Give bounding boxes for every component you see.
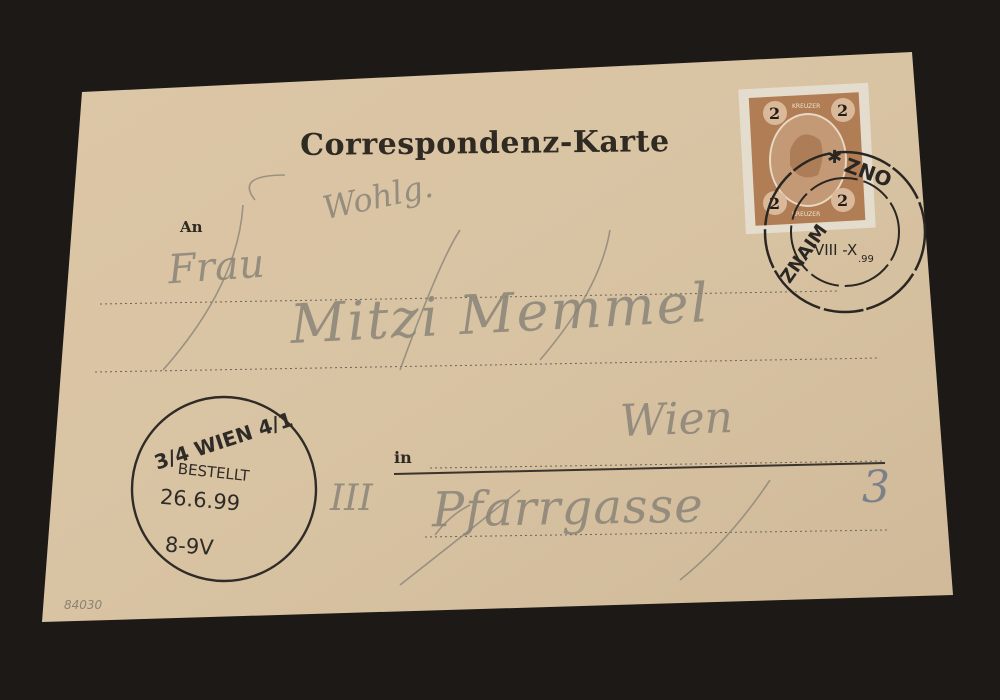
- stamp-value-tr: 2: [837, 101, 848, 120]
- handwriting-frau: Frau: [167, 241, 266, 294]
- origin-postmark-date: VIII -X: [814, 241, 857, 259]
- postcard-photo: 2 2 2 2 KREUZER KREUZER ✱ ZNO ZNAIM VIII…: [0, 0, 1000, 700]
- arrival-postmark-time: 8-9V: [164, 533, 215, 560]
- stamp-value-br: 2: [837, 191, 848, 210]
- handwriting-house-number: 3: [862, 462, 890, 513]
- city-label: in: [394, 448, 412, 467]
- stamp-value-tl: 2: [769, 104, 780, 123]
- handwriting-street: Pfarrgasse: [432, 478, 705, 539]
- stamp-currency-top: KREUZER: [792, 103, 820, 110]
- origin-postmark-star: ✱: [827, 147, 842, 168]
- inventory-number: 84030: [64, 598, 102, 612]
- stamp-currency-bottom: KREUZER: [792, 211, 820, 218]
- address-label: An: [180, 218, 203, 236]
- handwriting-city: Wien: [619, 392, 734, 447]
- origin-postmark-year: .99: [858, 254, 874, 265]
- handwriting-district: III: [330, 478, 373, 519]
- postcard-graphics: 2 2 2 2 KREUZER KREUZER ✱ ZNO ZNAIM VIII…: [0, 0, 1000, 700]
- card-heading: Correspondenz-Karte: [300, 124, 670, 163]
